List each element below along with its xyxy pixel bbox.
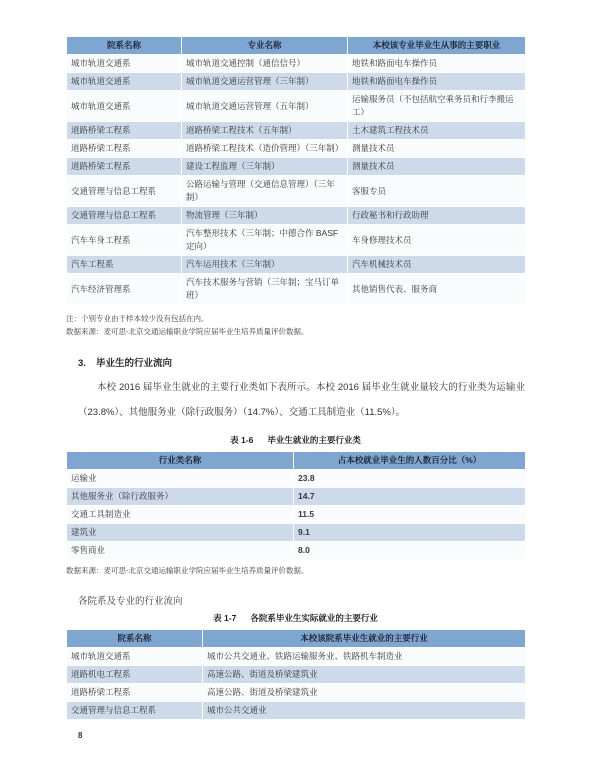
department-cell: 汽车车身工程系 — [67, 225, 182, 256]
table-notes: 注：个别专业由于样本较少没有包括在内。 数据来源：麦可思-北京交通运输职业学院应… — [66, 312, 525, 338]
section-title: 毕业生的行业流向 — [96, 358, 172, 369]
major-cell: 汽车运用技术（三年制） — [182, 256, 348, 274]
major-cell: 城市轨道交通控制（通信信号） — [182, 55, 348, 73]
table-header-row: 院系名称 本校该院系毕业生就业的主要行业 — [67, 630, 526, 648]
department-cell: 道路桥梁工程系 — [67, 158, 182, 176]
industry-cell: 其他服务业（除行政服务） — [67, 488, 294, 506]
section-paragraph: 本校 2016 届毕业生就业的主要行业类如下表所示。本校 2016 届毕业生就业… — [78, 375, 525, 425]
occupation-cell: 测量技术员 — [348, 158, 526, 176]
table-row: 汽车经济管理系 汽车技术服务与营销（三年制；宝马订单班） 其他销售代表、服务商 — [67, 274, 526, 305]
table-row: 道路桥梁工程系 建设工程监理（三年制） 测量技术员 — [67, 158, 526, 176]
dept-flow-subheading: 各院系及专业的行业流向 — [78, 593, 525, 607]
table-1-7-caption: 表 1-7各院系毕业生实际就业的主要行业 — [66, 612, 525, 624]
data-source-note: 数据来源：麦可思-北京交通运输职业学院应届毕业生培养质量评价数据。 — [66, 325, 525, 338]
col-header-major: 专业名称 — [182, 37, 348, 55]
occupation-cell: 运输服务员（不包括航空乘务员和行李搬运工） — [348, 91, 526, 122]
department-cell: 汽车经济管理系 — [67, 274, 182, 305]
percentage-cell: 14.7 — [294, 488, 526, 506]
occupation-cell: 土木建筑工程技术员 — [348, 122, 526, 140]
table-row: 城市轨道交通系 城市轨道交通运营管理（五年制） 运输服务员（不包括航空乘务员和行… — [67, 91, 526, 122]
table-row: 道路桥梁工程系 道路桥梁工程技术（五年制） 土木建筑工程技术员 — [67, 122, 526, 140]
industries-table: 行业类名称 占本校就业毕业生的人数百分比（%） 运输业 23.8 其他服务业（除… — [66, 451, 526, 560]
major-cell: 物流管理（三年制） — [182, 207, 348, 225]
table-row: 建筑业 9.1 — [67, 524, 526, 542]
table-row: 汽车车身工程系 汽车整形技术（三年制；中德合作 BASF 定向） 车身修理技术员 — [67, 225, 526, 256]
major-cell: 城市轨道交通运营管理（五年制） — [182, 91, 348, 122]
page-number: 8 — [78, 731, 82, 740]
caption-label: 表 1-6 — [230, 435, 253, 445]
table-row: 交通管理与信息工程系 城市公共交通业 — [67, 702, 526, 720]
caption-text: 各院系毕业生实际就业的主要行业 — [250, 613, 378, 623]
occupation-cell: 测量技术员 — [348, 140, 526, 158]
department-cell: 汽车工程系 — [67, 256, 182, 274]
table-row: 城市轨道交通系 城市公共交通业、铁路运输服务业、铁路机车制造业 — [67, 648, 526, 666]
department-cell: 道路机电工程系 — [67, 666, 203, 684]
table-row: 交通管理与信息工程系 公路运输与管理（交通信息管理）（三年制） 客服专员 — [67, 176, 526, 207]
table-header-row: 院系名称 专业名称 本校该专业毕业生从事的主要职业 — [67, 37, 526, 55]
percentage-cell: 8.0 — [294, 542, 526, 560]
table-row: 交通管理与信息工程系 物流管理（三年制） 行政秘书和行政助理 — [67, 207, 526, 225]
major-cell: 公路运输与管理（交通信息管理）（三年制） — [182, 176, 348, 207]
col-header-department: 院系名称 — [67, 630, 203, 648]
major-cell: 建设工程监理（三年制） — [182, 158, 348, 176]
occupation-cell: 行政秘书和行政助理 — [348, 207, 526, 225]
department-cell: 交通管理与信息工程系 — [67, 702, 203, 720]
col-header-department: 院系名称 — [67, 37, 182, 55]
table-row: 道路桥梁工程系 高速公路、街道及桥梁建筑业 — [67, 684, 526, 702]
percentage-cell: 9.1 — [294, 524, 526, 542]
col-header-percentage: 占本校就业毕业生的人数百分比（%） — [294, 452, 526, 470]
col-header-occupation: 本校该专业毕业生从事的主要职业 — [348, 37, 526, 55]
industry-cell: 交通工具制造业 — [67, 506, 294, 524]
occupation-cell: 客服专员 — [348, 176, 526, 207]
report-page-content: 院系名称 专业名称 本校该专业毕业生从事的主要职业 城市轨道交通系 城市轨道交通… — [66, 36, 525, 720]
major-cell: 道路桥梁工程技术（造价管理）（三年制） — [182, 140, 348, 158]
occupation-cell: 其他销售代表、服务商 — [348, 274, 526, 305]
major-cell: 汽车整形技术（三年制；中德合作 BASF 定向） — [182, 225, 348, 256]
caption-text: 毕业生就业的主要行业类 — [267, 435, 361, 445]
industry-cell: 运输业 — [67, 470, 294, 488]
major-cell: 汽车技术服务与营销（三年制；宝马订单班） — [182, 274, 348, 305]
department-cell: 交通管理与信息工程系 — [67, 176, 182, 207]
industry-cell: 零售商业 — [67, 542, 294, 560]
industry-cell: 建筑业 — [67, 524, 294, 542]
industries-cell: 城市公共交通业 — [203, 702, 526, 720]
table-row: 运输业 23.8 — [67, 470, 526, 488]
industries-cell: 高速公路、街道及桥梁建筑业 — [203, 684, 526, 702]
department-cell: 城市轨道交通系 — [67, 55, 182, 73]
table-row: 城市轨道交通系 城市轨道交通运营管理（三年制） 地铁和路面电车操作员 — [67, 73, 526, 91]
department-cell: 交通管理与信息工程系 — [67, 207, 182, 225]
table-row: 城市轨道交通系 城市轨道交通控制（通信信号） 地铁和路面电车操作员 — [67, 55, 526, 73]
major-cell: 道路桥梁工程技术（五年制） — [182, 122, 348, 140]
section-heading: 3.毕业生的行业流向 — [78, 355, 525, 369]
col-header-main-industries: 本校该院系毕业生就业的主要行业 — [203, 630, 526, 648]
department-cell: 道路桥梁工程系 — [67, 684, 203, 702]
table-1-6-caption: 表 1-6毕业生就业的主要行业类 — [66, 434, 525, 446]
table-row: 道路桥梁工程系 道路桥梁工程技术（造价管理）（三年制） 测量技术员 — [67, 140, 526, 158]
table-header-row: 行业类名称 占本校就业毕业生的人数百分比（%） — [67, 452, 526, 470]
table-row: 零售商业 8.0 — [67, 542, 526, 560]
sample-note: 注：个别专业由于样本较少没有包括在内。 — [66, 312, 525, 325]
dept-industries-table: 院系名称 本校该院系毕业生就业的主要行业 城市轨道交通系 城市公共交通业、铁路运… — [66, 629, 526, 720]
section-number: 3. — [78, 358, 86, 369]
col-header-industry: 行业类名称 — [67, 452, 294, 470]
occupation-cell: 车身修理技术员 — [348, 225, 526, 256]
industries-cell: 城市公共交通业、铁路运输服务业、铁路机车制造业 — [203, 648, 526, 666]
table-row: 道路机电工程系 高速公路、街道及桥梁建筑业 — [67, 666, 526, 684]
department-cell: 道路桥梁工程系 — [67, 140, 182, 158]
department-cell: 城市轨道交通系 — [67, 73, 182, 91]
industries-cell: 高速公路、街道及桥梁建筑业 — [203, 666, 526, 684]
table-row: 汽车工程系 汽车运用技术（三年制） 汽车机械技术员 — [67, 256, 526, 274]
majors-occupations-table: 院系名称 专业名称 本校该专业毕业生从事的主要职业 城市轨道交通系 城市轨道交通… — [66, 36, 526, 305]
department-cell: 城市轨道交通系 — [67, 648, 203, 666]
department-cell: 道路桥梁工程系 — [67, 122, 182, 140]
data-source-note: 数据来源：麦可思-北京交通运输职业学院应届毕业生培养质量评价数据。 — [66, 564, 525, 577]
percentage-cell: 11.5 — [294, 506, 526, 524]
occupation-cell: 地铁和路面电车操作员 — [348, 73, 526, 91]
percentage-cell: 23.8 — [294, 470, 526, 488]
table-row: 其他服务业（除行政服务） 14.7 — [67, 488, 526, 506]
occupation-cell: 汽车机械技术员 — [348, 256, 526, 274]
department-cell: 城市轨道交通系 — [67, 91, 182, 122]
occupation-cell: 地铁和路面电车操作员 — [348, 55, 526, 73]
caption-label: 表 1-7 — [213, 613, 236, 623]
table-row: 交通工具制造业 11.5 — [67, 506, 526, 524]
major-cell: 城市轨道交通运营管理（三年制） — [182, 73, 348, 91]
